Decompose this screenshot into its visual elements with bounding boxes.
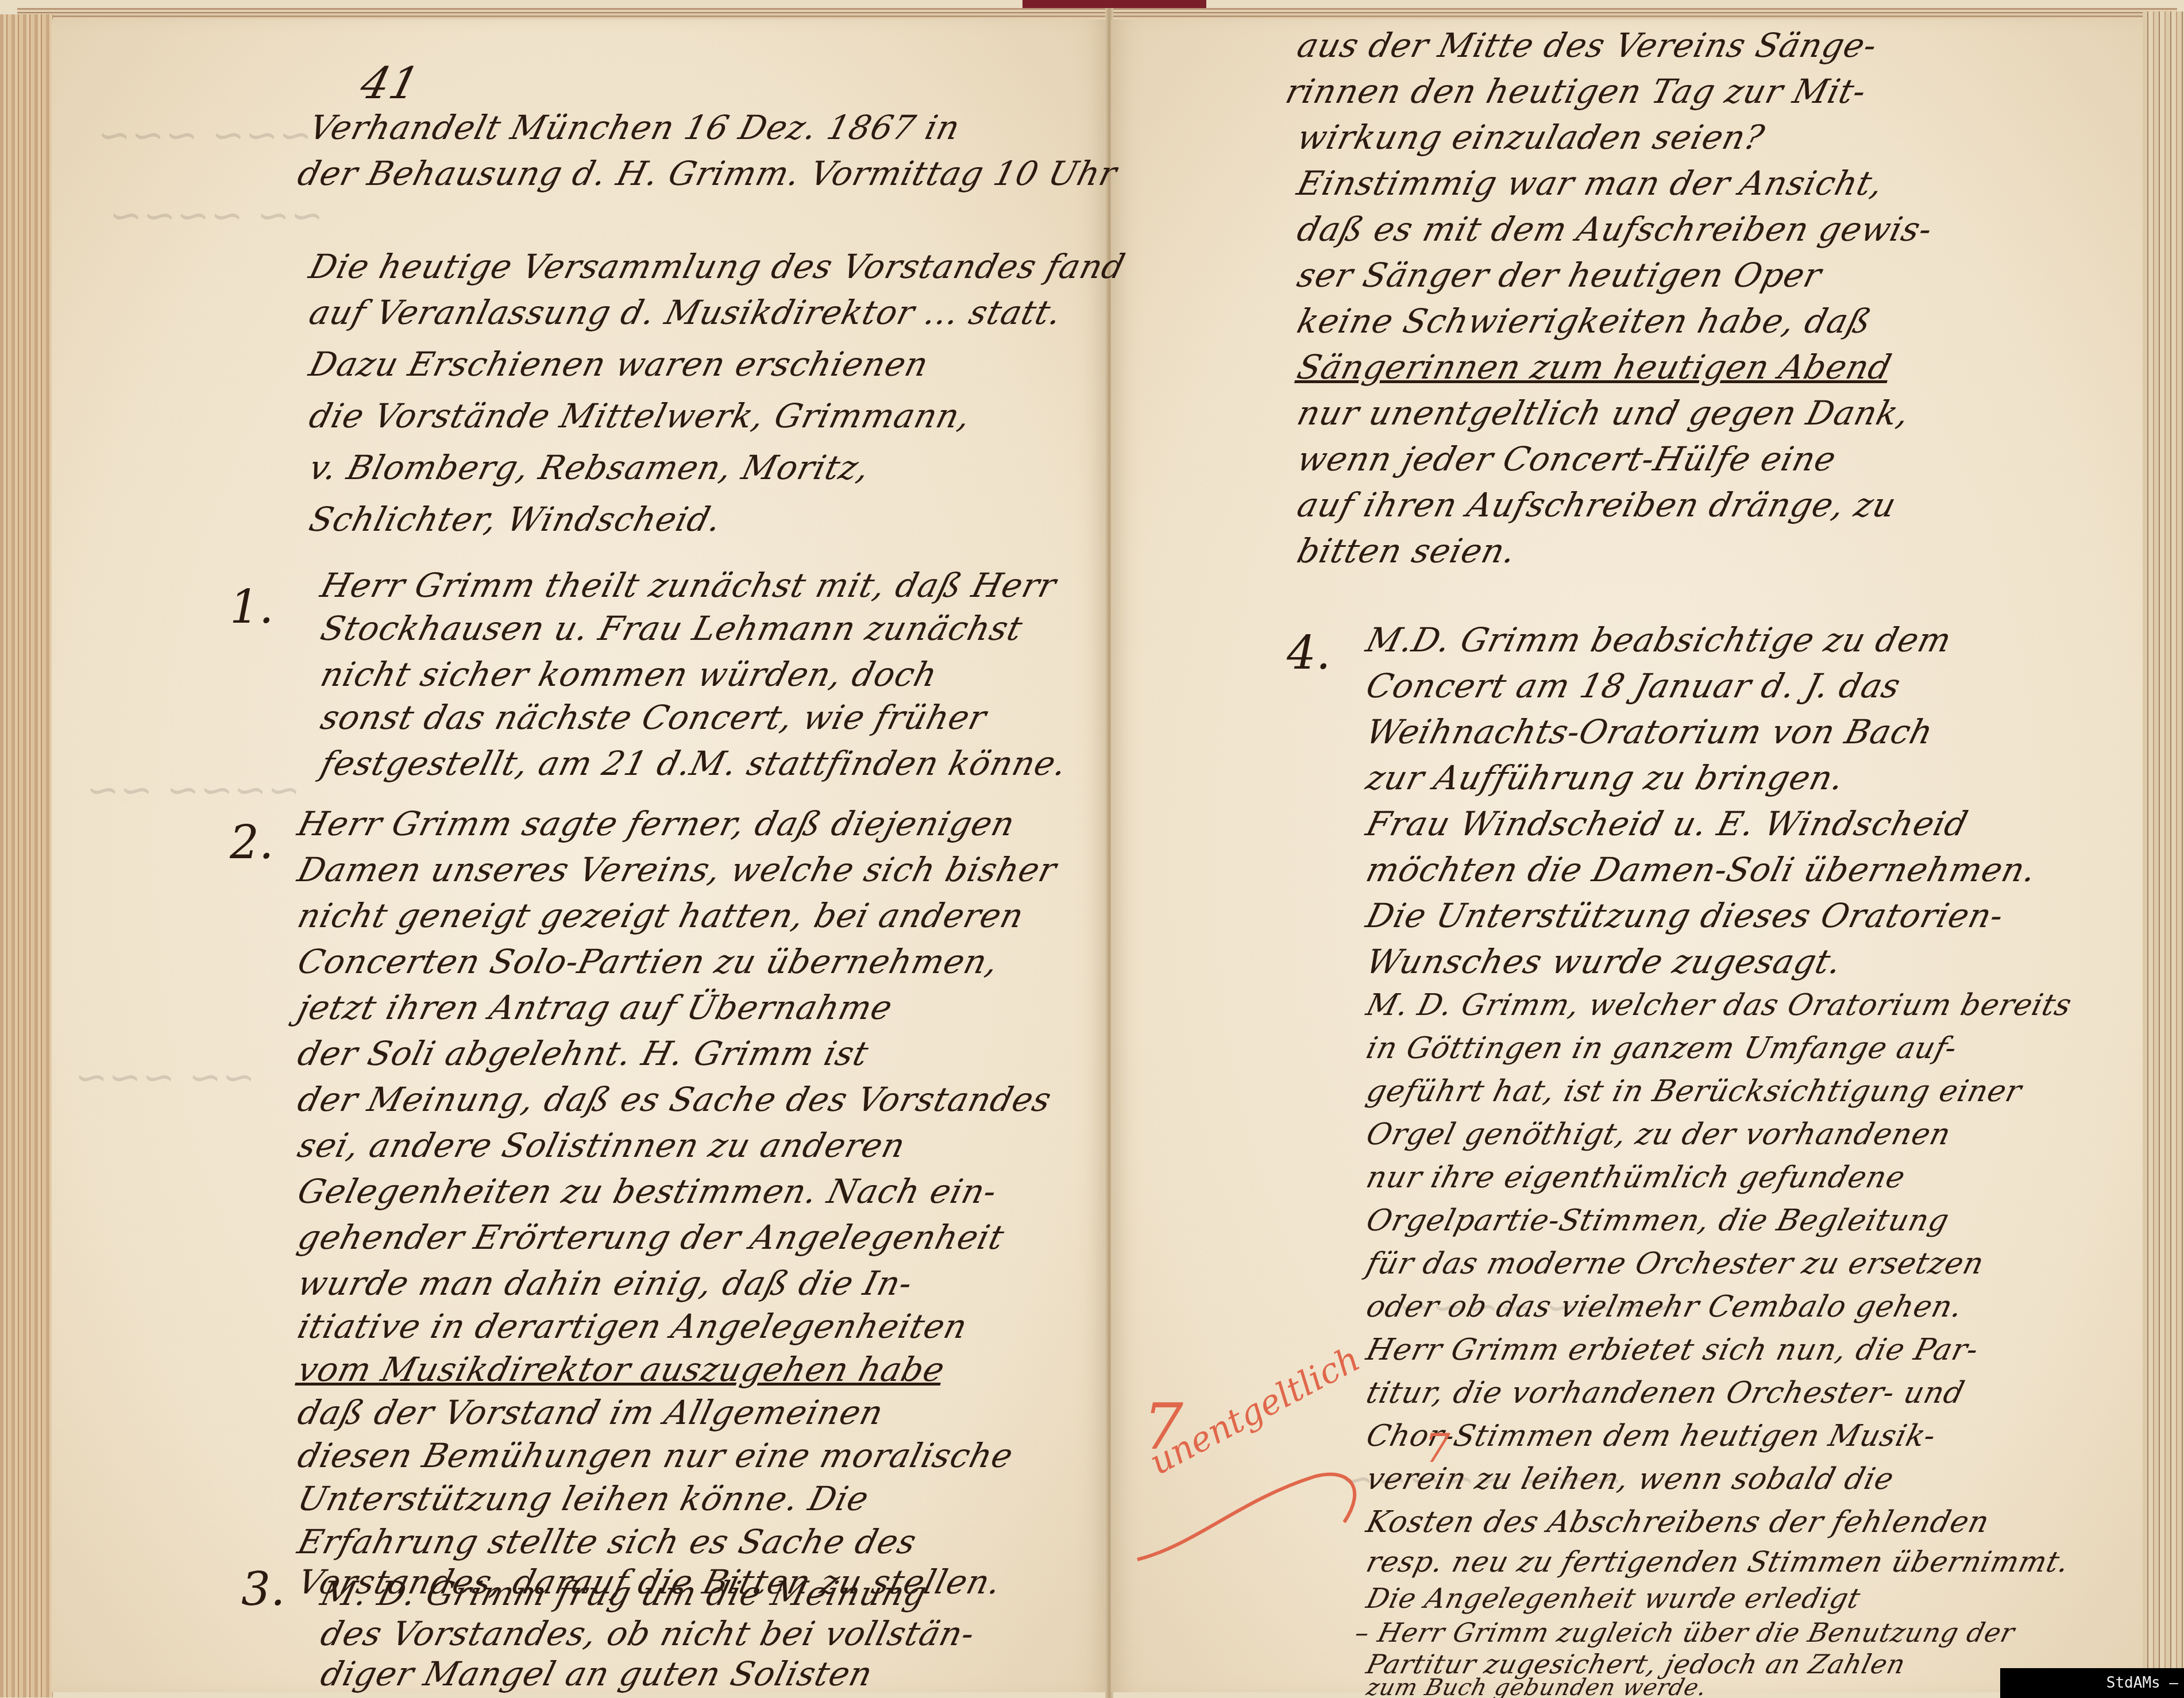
book-spread: ~~~ ~~~ ~~ ~~~~ ~~~~ ~~ ~~ ~~~ ~~~~ ~~~~… xyxy=(0,0,2184,1698)
item-line: der Meinung, daß es Sache des Vorstandes xyxy=(294,1080,1056,1119)
continuation-line: wenn jeder Concert-Hülfe eine xyxy=(1294,439,1840,478)
item-line: für das moderne Orchester zu ersetzen xyxy=(1363,1247,1988,1281)
bleed-through: ~~~~ ~~ xyxy=(80,766,307,813)
item-number: 4. xyxy=(1287,626,1330,680)
item-line: zur Aufführung zu bringen. xyxy=(1363,758,1849,797)
item-line: gehender Erörterung der Angelegenheit xyxy=(294,1218,1009,1257)
bleed-through: ~~~ ~~~ xyxy=(92,111,319,159)
intro-line: Die heutige Versammlung des Vorstandes f… xyxy=(306,247,1129,286)
item-number: 2. xyxy=(230,816,273,869)
item-line: Orgel genöthigt, zu der vorhandenen xyxy=(1363,1117,1955,1152)
item-line: Herr Grimm erbietet sich nun, die Par- xyxy=(1363,1333,1982,1367)
item-line: oder ob das vielmehr Cembalo gehen. xyxy=(1363,1290,1967,1324)
continuation-line: nur unentgeltlich und gegen Dank, xyxy=(1294,393,1914,433)
continuation-line: daß es mit dem Aufschreiben gewis- xyxy=(1294,210,1937,249)
header-line: der Behausung d. H. Grimm. Vormittag 10 … xyxy=(294,154,1121,193)
item-line: Die Angelegenheit wurde erledigt xyxy=(1363,1583,1864,1615)
item-line: resp. neu zu fertigenden Stimmen übernim… xyxy=(1363,1545,2073,1579)
item-line: Kosten des Abschreibens der fehlenden xyxy=(1363,1505,1993,1539)
red-annotation-inline-number: 7 xyxy=(1425,1425,1450,1472)
item-line: vom Musikdirektor auszugehen habe xyxy=(294,1350,949,1389)
item-line: – Herr Grimm zugleich über die Benutzung… xyxy=(1352,1617,2018,1648)
item-line: Weihnachts-Oratorium von Bach xyxy=(1363,712,1938,751)
continuation-line: auf ihren Aufschreiben dränge, zu xyxy=(1294,485,1901,524)
item-line: möchten die Damen-Soli übernehmen. xyxy=(1363,850,2041,889)
item-line: Frau Windscheid u. E. Windscheid xyxy=(1363,804,1973,843)
item-line: Gelegenheiten zu bestimmen. Nach ein- xyxy=(294,1172,1001,1211)
item-line: M. D. Grimm, welcher das Oratorium berei… xyxy=(1363,988,2075,1022)
item-line: nicht geneigt gezeigt hatten, bei andere… xyxy=(294,896,1028,935)
headband xyxy=(1022,0,1206,8)
item-line: Concerten Solo-Partien zu übernehmen, xyxy=(294,942,1003,981)
item-line: Die Unterstützung dieses Oratorien- xyxy=(1363,896,2008,935)
intro-line: v. Blomberg, Rebsamen, Moritz, xyxy=(306,448,874,487)
item-number: 3. xyxy=(241,1562,285,1616)
item-line: nur ihre eigenthümlich gefundene xyxy=(1363,1160,1909,1195)
continuation-line: keine Schwierigkeiten habe, daß xyxy=(1294,302,1876,341)
item-line: sonst das nächste Concert, wie früher xyxy=(317,698,991,737)
item-line: festgestellt, am 21 d.M. stattfinden kön… xyxy=(317,744,1071,783)
bleed-through: ~~ ~~~ xyxy=(69,1053,262,1101)
item-line: Orgelpartie-Stimmen, die Begleitung xyxy=(1363,1203,1953,1238)
item-line: nicht sicher kommen würden, doch xyxy=(317,655,942,694)
continuation-line: wirkung einzuladen seien? xyxy=(1294,118,1769,157)
item-number: 1. xyxy=(230,580,273,634)
page-edges-right xyxy=(2143,11,2184,1698)
item-line: geführt hat, ist in Berücksichtigung ein… xyxy=(1363,1074,2025,1109)
item-line: Stockhausen u. Frau Lehmann zunächst xyxy=(317,609,1027,648)
continuation-line: Einstimmig war man der Ansicht, xyxy=(1294,164,1888,203)
intro-line: Schlichter, Windscheid. xyxy=(306,500,726,539)
item-line: Wunsches wurde zugesagt. xyxy=(1363,942,1846,981)
archive-caption: StdAMs – MV_002a_095 xyxy=(2000,1668,2184,1698)
item-line: Concert am 18 Januar d. J. das xyxy=(1363,666,1905,705)
item-line: daß der Vorstand im Allgemeinen xyxy=(294,1393,888,1432)
item-line: itiative in derartigen Angelegenheiten xyxy=(294,1307,972,1346)
item-line: sei, andere Solistinnen zu anderen xyxy=(294,1126,910,1165)
continuation-line: Sängerinnen zum heutigen Abend xyxy=(1294,348,1896,387)
item-line: des Vorstandes, ob nicht bei vollstän- xyxy=(317,1614,979,1653)
item-line: M.D. Grimm beabsichtige zu dem xyxy=(1363,620,1956,659)
header-line: Verhandelt München 16 Dez. 1867 in xyxy=(306,108,964,147)
item-line: jetzt ihren Antrag auf Übernahme xyxy=(294,988,897,1027)
item-line: wurde man dahin einig, daß die In- xyxy=(294,1264,917,1303)
intro-line: Dazu Erschienen waren erschienen xyxy=(306,345,933,384)
item-line: titur, die vorhandenen Orchester- und xyxy=(1363,1376,1969,1410)
continuation-line: bitten seien. xyxy=(1294,531,1521,570)
continuation-line: aus der Mitte des Vereins Sänge- xyxy=(1294,26,1881,65)
item-line: Unterstützung leihen könne. Die xyxy=(294,1479,873,1518)
continuation-line: rinnen den heutigen Tag zur Mit- xyxy=(1282,72,1871,111)
page-edges-left xyxy=(0,14,53,1697)
continuation-line: ser Sänger der heutigen Oper xyxy=(1294,256,1826,295)
item-line: Herr Grimm sagte ferner, daß diejenigen xyxy=(294,804,1020,843)
item-line: Damen unseres Vereins, welche sich bishe… xyxy=(294,850,1061,889)
item-line: M. D. Grimm frug um die Meinung xyxy=(317,1574,931,1613)
intro-line: die Vorstände Mittelwerk, Grimmann, xyxy=(306,396,975,435)
bleed-through: ~~ ~~~~ xyxy=(103,192,330,239)
red-annotation-underline xyxy=(1126,1448,1367,1574)
item-line: diesen Bemühungen nur eine moralische xyxy=(294,1436,1018,1475)
item-line: zum Buch gebunden werde. xyxy=(1364,1674,1710,1698)
item-line: in Göttingen in ganzem Umfange auf- xyxy=(1363,1031,1961,1066)
intro-line: auf Veranlassung d. Musikdirektor ... st… xyxy=(306,293,1066,332)
item-line: der Soli abgelehnt. H. Grimm ist xyxy=(294,1034,873,1073)
item-line: diger Mangel an guten Solisten xyxy=(317,1654,877,1693)
item-line: Herr Grimm theilt zunächst mit, daß Herr xyxy=(317,566,1061,605)
item-line: Erfahrung stellte sich es Sache des xyxy=(294,1522,921,1561)
